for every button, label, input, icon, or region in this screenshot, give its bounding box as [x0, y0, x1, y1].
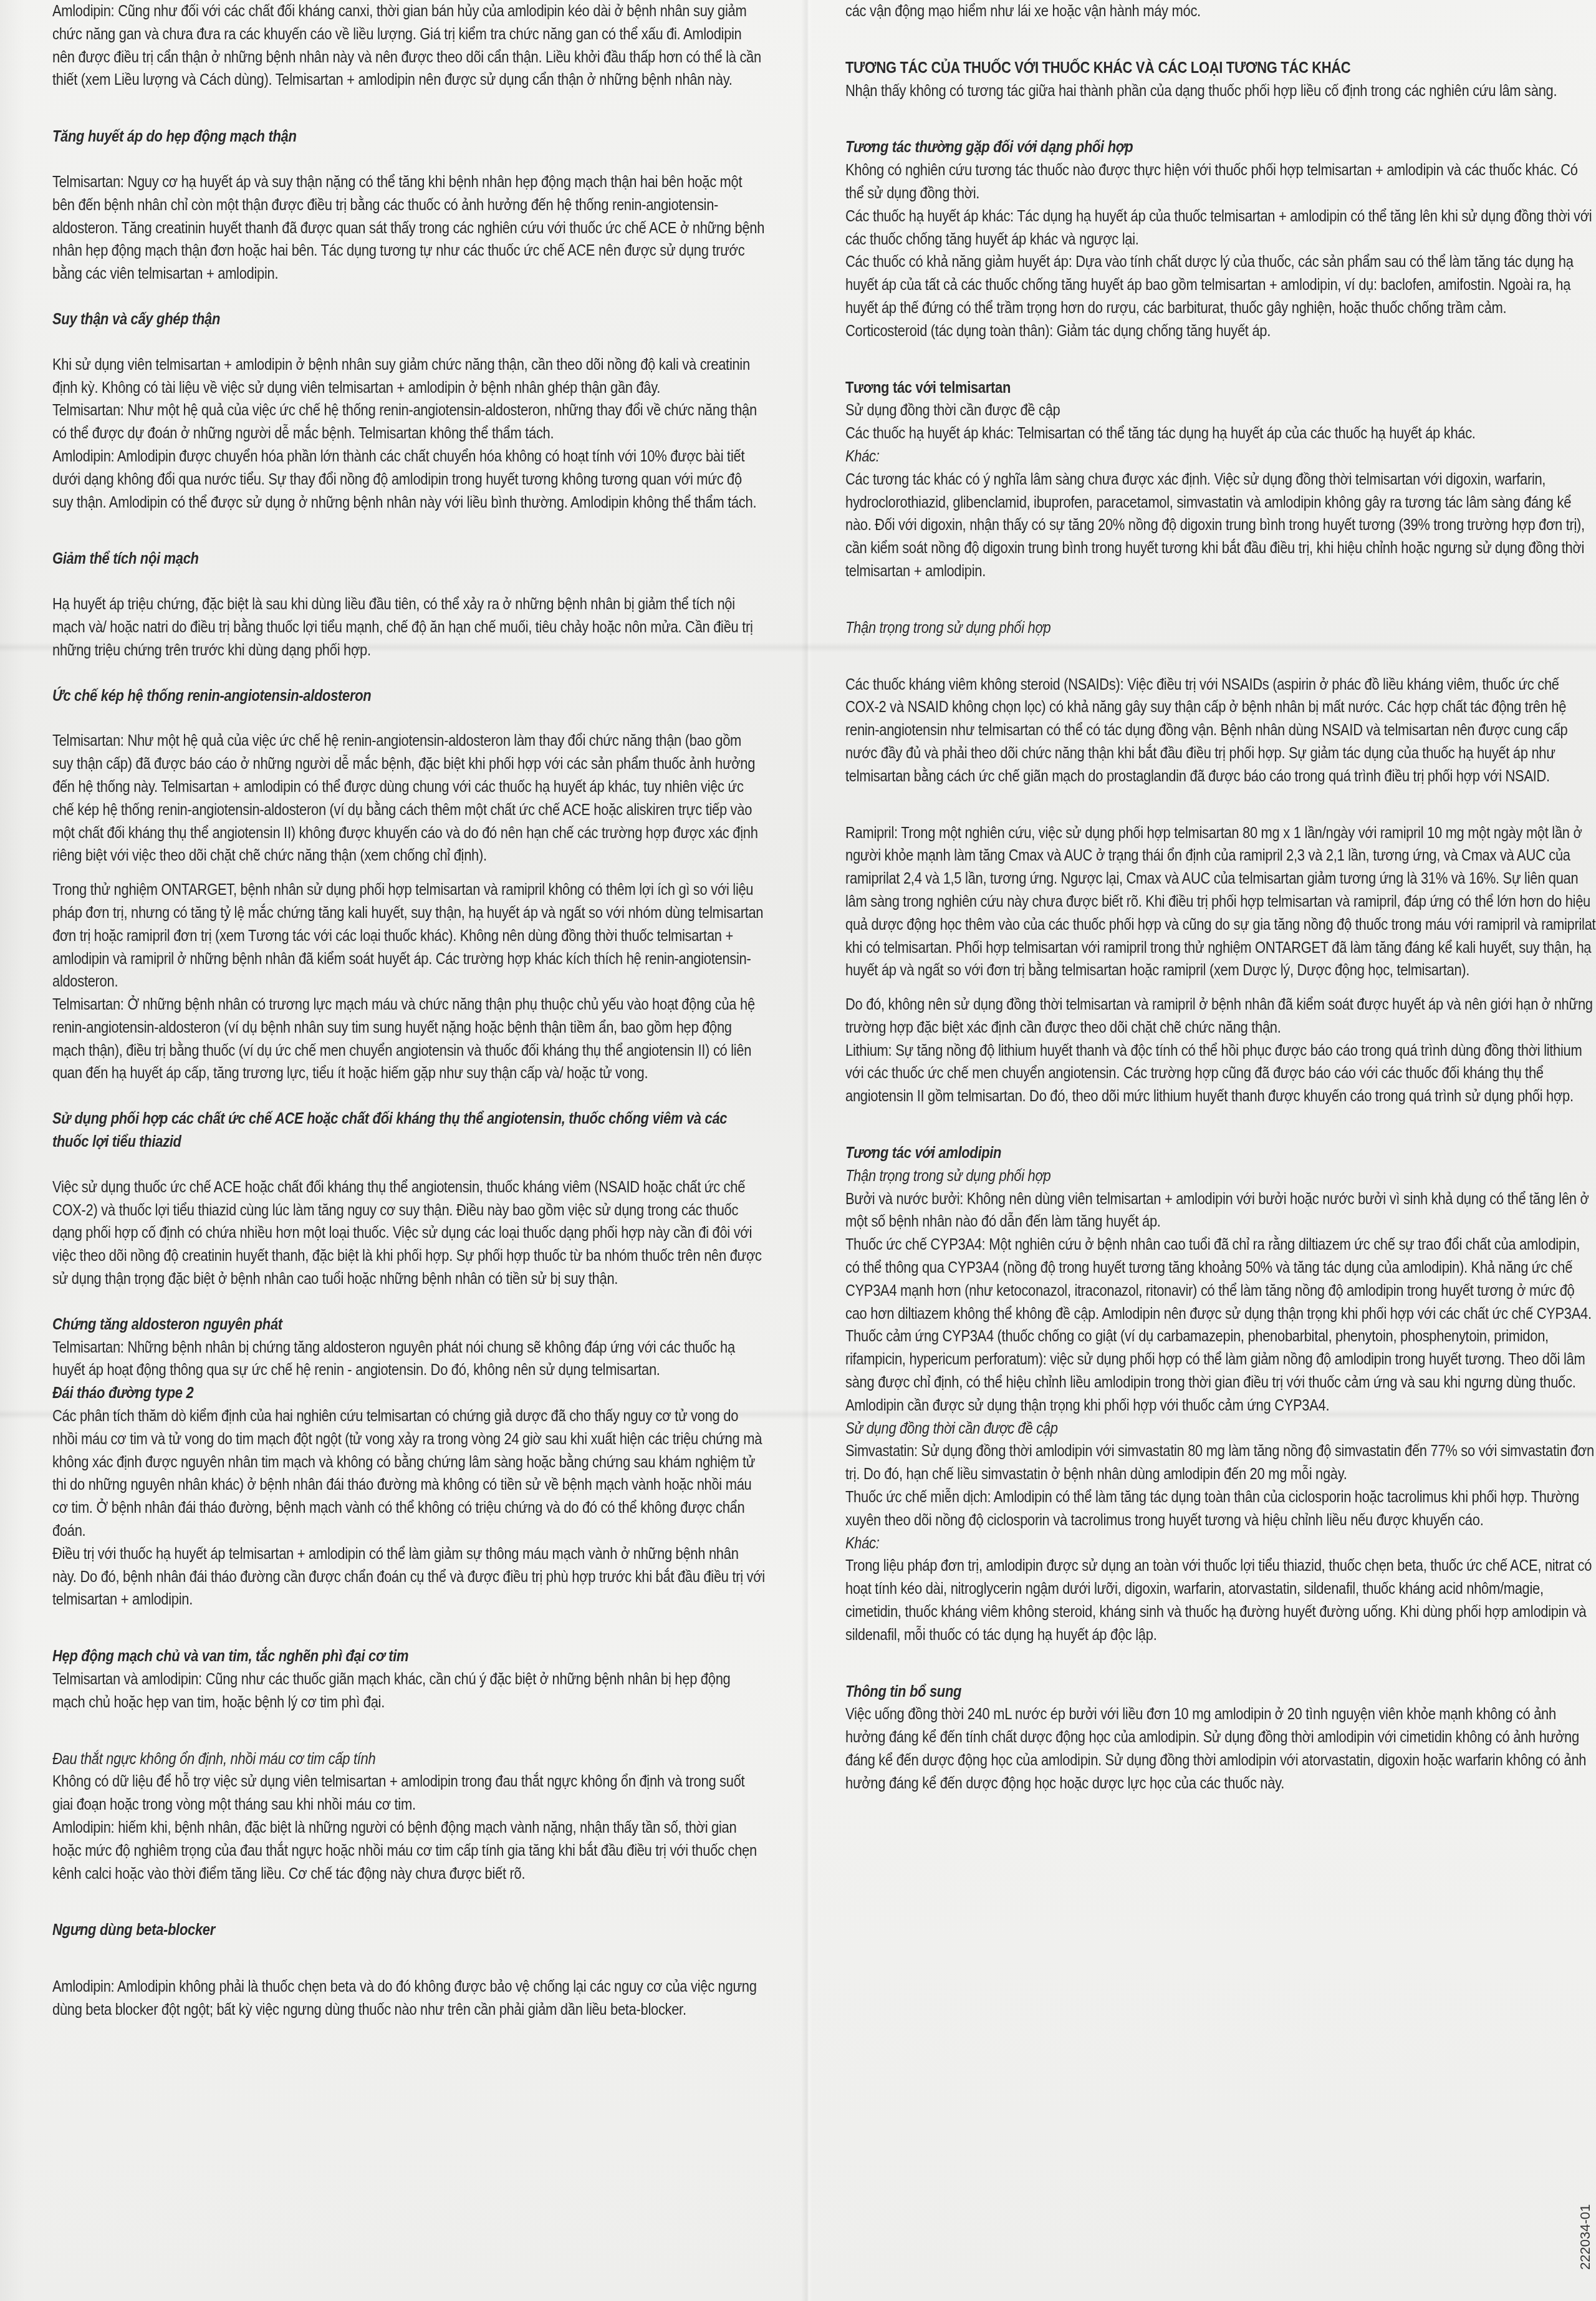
heading-additional-information: Thông tin bổ sung: [845, 1681, 1596, 1704]
paragraph: Điều trị với thuốc hạ huyết áp telmisart…: [52, 1543, 766, 1611]
paragraph: Không có nghiên cứu tương tác thuốc nào …: [845, 159, 1596, 205]
paragraph: Việc uống đồng thời 240 mL nước ép bưởi …: [845, 1703, 1596, 1795]
paragraph-amlodipin-liver: Amlodipin: Cũng như đối với các chất đối…: [52, 0, 766, 92]
paragraph: Các thuốc hạ huyết áp khác: Tác dụng hạ …: [845, 205, 1596, 251]
heading-drug-interactions: TƯƠNG TÁC CỦA THUỐC VỚI THUỐC KHÁC VÀ CÁ…: [845, 57, 1596, 80]
subheading: Thận trọng trong sử dụng phối hợp: [845, 1165, 1596, 1188]
paragraph: Simvastatin: Sử dụng đồng thời amlodipin…: [845, 1440, 1596, 1486]
paragraph: Amlodipin: hiếm khi, bệnh nhân, đặc biệt…: [52, 1816, 766, 1885]
paragraph: Các phân tích thăm dò kiểm định của hai …: [52, 1405, 766, 1543]
heading-beta-blocker-withdrawal: Ngưng dùng beta-blocker: [52, 1919, 766, 1942]
heading-common-interactions: Tương tác thường gặp đối với dạng phối h…: [845, 136, 1596, 159]
heading-aortic-stenosis: Hẹp động mạch chủ và van tim, tắc nghẽn …: [52, 1645, 766, 1668]
paragraph: Việc sử dụng thuốc ức chế ACE hoặc chất …: [52, 1176, 766, 1291]
heading-dual-raas-blockade: Ức chế kép hệ thống renin-angiotensin-al…: [52, 685, 766, 708]
paragraph: Trong liệu pháp đơn trị, amlodipin được …: [845, 1555, 1596, 1646]
subheading-other: Khác:: [845, 445, 1596, 468]
paragraph: Amlodipin: Amlodipin được chuyển hóa phầ…: [52, 445, 766, 514]
paragraph: Khi sử dụng viên telmisartan + amlodipin…: [52, 354, 766, 400]
heading-combination-ace-nsaid-thiazide: Sử dụng phối hợp các chất ức chế ACE hoặ…: [52, 1107, 766, 1154]
heading-renal-impairment: Suy thận và cấy ghép thận: [52, 308, 766, 331]
heading-amlodipin-interactions: Tương tác với amlodipin: [845, 1142, 1596, 1165]
paragraph: Thuốc ức chế miễn dịch: Amlodipin có thể…: [845, 1486, 1596, 1532]
left-column: Amlodipin: Cũng như đối với các chất đối…: [52, 0, 766, 2022]
heading-renal-artery-stenosis: Tăng huyết áp do hẹp động mạch thận: [52, 125, 766, 148]
paragraph: các vận động mạo hiểm như lái xe hoặc vậ…: [845, 0, 1596, 23]
paragraph: Bưởi và nước bưởi: Không nên dùng viên t…: [845, 1188, 1596, 1234]
heading-type-2-diabetes: Đái tháo đường type 2: [52, 1382, 766, 1405]
paragraph: Corticosteroid (tác dụng toàn thân): Giả…: [845, 320, 1596, 343]
paragraph: Ramipril: Trong một nghiên cứu, việc sử …: [845, 822, 1596, 983]
heading-primary-aldosteronism: Chứng tăng aldosteron nguyên phát: [52, 1313, 766, 1336]
heading-telmisartan-interactions: Tương tác với telmisartan: [845, 377, 1596, 400]
paper-fold-vertical: [801, 0, 812, 2301]
subheading-other: Khác:: [845, 1532, 1596, 1555]
paragraph: Thuốc ức chế CYP3A4: Một nghiên cứu ở bệ…: [845, 1233, 1596, 1325]
heading-unstable-angina: Đau thắt ngực không ổn định, nhồi máu cơ…: [52, 1748, 766, 1771]
heading-caution-combination: Thận trọng trong sử dụng phối hợp: [845, 617, 1596, 640]
paragraph: Các thuốc kháng viêm không steroid (NSAI…: [845, 673, 1596, 788]
paragraph: Telmisartan: Những bệnh nhân bị chứng tă…: [52, 1336, 766, 1382]
paragraph: Telmisartan và amlodipin: Cũng như các t…: [52, 1668, 766, 1714]
paragraph: Telmisartan: Như một hệ quả của việc ức …: [52, 399, 766, 445]
subheading: Sử dụng đồng thời cần được đề cập: [845, 399, 1596, 422]
subheading: Sử dụng đồng thời cần được đề cập: [845, 1417, 1596, 1440]
paragraph: Amlodipin: Amlodipin không phải là thuốc…: [52, 1975, 766, 2022]
paragraph: Lithium: Sự tăng nồng độ lithium huyết t…: [845, 1040, 1596, 1108]
paragraph: Telmisartan: Như một hệ quả của việc ức …: [52, 730, 766, 867]
paragraph: Không có dữ liệu để hỗ trợ việc sử dụng …: [52, 1770, 766, 1816]
document-code: 222034-01: [1577, 2204, 1594, 2270]
paragraph: Do đó, không nên sử dụng đồng thời telmi…: [845, 993, 1596, 1040]
paragraph: Trong thử nghiệm ONTARGET, bệnh nhân sử …: [52, 879, 766, 993]
paragraph: Các thuốc có khả năng giảm huyết áp: Dựa…: [845, 251, 1596, 319]
paragraph: Nhận thấy không có tương tác giữa hai th…: [845, 80, 1596, 103]
paragraph: Các thuốc hạ huyết áp khác: Telmisartan …: [845, 422, 1596, 445]
heading-intravascular-volume: Giảm thể tích nội mạch: [52, 548, 766, 571]
paragraph: Telmisartan: Ở những bệnh nhân có trương…: [52, 993, 766, 1085]
right-column: các vận động mạo hiểm như lái xe hoặc vậ…: [845, 0, 1596, 1795]
paragraph: Các tương tác khác có ý nghĩa lâm sàng c…: [845, 468, 1596, 583]
paragraph: Telmisartan: Nguy cơ hạ huyết áp và suy …: [52, 171, 766, 286]
paragraph: Hạ huyết áp triệu chứng, đặc biệt là sau…: [52, 593, 766, 662]
paragraph: Thuốc cảm ứng CYP3A4 (thuốc chống co giậ…: [845, 1325, 1596, 1417]
